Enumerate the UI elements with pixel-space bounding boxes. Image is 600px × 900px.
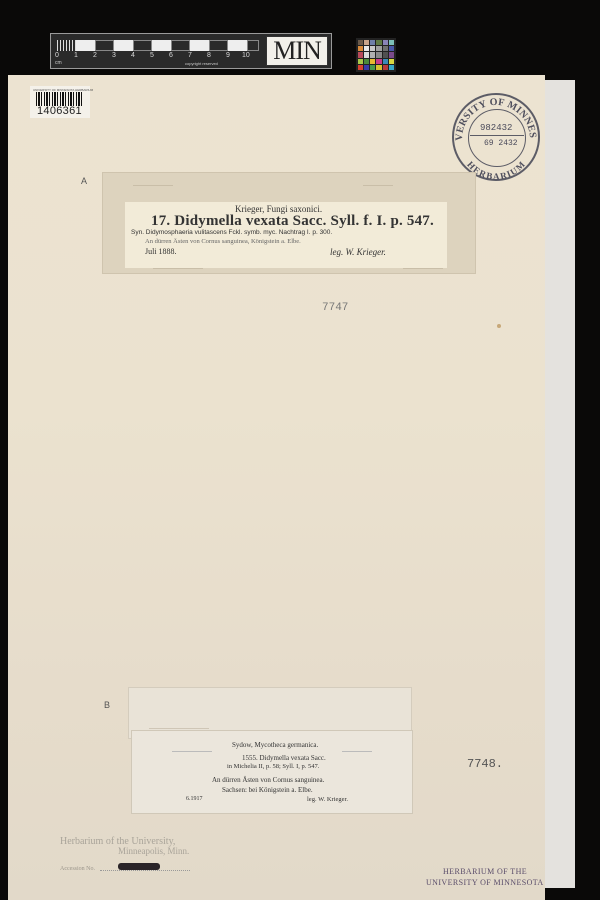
ruler-caption: copyright reserved xyxy=(185,61,218,66)
label-collector: leg. W. Krieger. xyxy=(307,796,348,803)
color-swatch xyxy=(370,46,375,51)
color-swatch xyxy=(376,65,381,70)
color-swatch xyxy=(389,40,394,45)
color-swatch xyxy=(383,40,388,45)
handwritten-number: 7747 xyxy=(322,302,348,314)
color-swatch xyxy=(389,46,394,51)
color-swatch xyxy=(383,46,388,51)
herbarium-imprint-city: Minneapolis, Minn. xyxy=(118,846,189,856)
ruler-segment xyxy=(228,40,247,51)
color-swatch xyxy=(364,59,369,64)
ruler-segment xyxy=(95,40,114,51)
color-swatch xyxy=(358,40,363,45)
color-swatch xyxy=(364,52,369,57)
ruler-tick: 5 xyxy=(150,52,154,59)
color-swatch xyxy=(383,52,388,57)
ruler-unit: cm xyxy=(55,60,62,66)
stamp-inner-ring xyxy=(468,109,526,167)
ownership-stamp: HERBARIUM OF THE xyxy=(443,867,527,876)
ruler-segment xyxy=(247,40,259,51)
backing-sheet-edge xyxy=(543,80,575,888)
ruler-tick: 1 xyxy=(74,52,78,59)
ruler-tick: 10 xyxy=(242,52,250,59)
color-swatch xyxy=(383,65,388,70)
accession-line xyxy=(100,870,190,871)
barcode-number: 1406361 xyxy=(37,105,82,117)
packet-marker: A xyxy=(81,176,87,186)
color-swatch xyxy=(364,65,369,70)
color-swatch xyxy=(370,40,375,45)
ruler-mm-segment xyxy=(57,40,76,51)
color-swatch xyxy=(376,46,381,51)
label-habitat: An dürren Ästen von Cornus sanguinea. xyxy=(212,776,324,784)
ruler-tick: 0 xyxy=(55,52,59,59)
stamp-divider xyxy=(470,135,524,136)
ruler-tick: 6 xyxy=(169,52,173,59)
barcode-icon xyxy=(36,92,84,106)
label-species: 17. Didymella vexata Sacc. Syll. f. I. p… xyxy=(151,214,434,229)
ruler-segment xyxy=(76,40,95,51)
color-calibration-chart xyxy=(356,38,396,72)
label-collection: Sydow, Mycotheca germanica. xyxy=(232,741,318,749)
label-species: 1555. Didymella vexata Sacc. xyxy=(242,754,326,762)
ruler-segment xyxy=(171,40,190,51)
color-swatch xyxy=(376,59,381,64)
ruler-tick: 9 xyxy=(226,52,230,59)
ruler-tick: 8 xyxy=(207,52,211,59)
barcode-label: UNIVERSITY OF MINNESOTA HERBARIUM 140636… xyxy=(30,86,90,118)
color-swatch xyxy=(389,65,394,70)
color-swatch xyxy=(370,65,375,70)
color-swatch xyxy=(364,40,369,45)
ruler-tick: 7 xyxy=(188,52,192,59)
scale-bar: 0 1 2 3 4 5 6 7 8 9 10 cm copyright rese… xyxy=(50,33,332,69)
color-swatch xyxy=(383,59,388,64)
ruler-segment xyxy=(152,40,171,51)
stamp-number: 69 2432 xyxy=(484,139,518,148)
ownership-stamp: UNIVERSITY OF MINNESOTA xyxy=(426,878,544,887)
ruler-segment xyxy=(133,40,152,51)
min-logo: MIN xyxy=(266,36,328,66)
ruler-segment xyxy=(114,40,133,51)
color-swatch xyxy=(370,52,375,57)
stain-spot xyxy=(497,324,501,328)
color-swatch xyxy=(389,52,394,57)
packet-marker: B xyxy=(104,700,110,710)
ruler-segment xyxy=(190,40,209,51)
color-swatch xyxy=(358,65,363,70)
color-swatch xyxy=(358,59,363,64)
label-synonym: Syn. Didymosphaeria vulitascens Fckl. sy… xyxy=(131,230,332,237)
label-collector: leg. W. Krieger. xyxy=(330,248,386,257)
label-date: 6.1917 xyxy=(186,796,203,802)
handwritten-number: 7748. xyxy=(467,757,503,771)
herbarium-stamp: UNIVERSITY OF MINNESOTA HERBARIUM 982432… xyxy=(452,93,540,181)
ruler-tick: 3 xyxy=(112,52,116,59)
color-swatch xyxy=(370,59,375,64)
label-reference: in Michelia II, p. 58; Syll. I, p. 547. xyxy=(227,763,319,770)
color-swatch xyxy=(389,59,394,64)
color-swatch xyxy=(358,52,363,57)
color-swatch xyxy=(376,40,381,45)
ruler-tick: 2 xyxy=(93,52,97,59)
color-swatch xyxy=(376,52,381,57)
accession-number-redacted xyxy=(118,863,160,870)
color-swatch xyxy=(364,46,369,51)
specimen-label: Sydow, Mycotheca germanica. 1555. Didyme… xyxy=(131,730,413,814)
ruler: 0 1 2 3 4 5 6 7 8 9 10 cm copyright rese… xyxy=(55,37,263,65)
color-swatch xyxy=(358,46,363,51)
label-date: Juli 1888. xyxy=(145,248,177,256)
label-habitat: An dürren Ästen von Cornus sanguinea, Kö… xyxy=(145,239,301,246)
ruler-segment xyxy=(209,40,228,51)
accession-label: Accession No. xyxy=(60,866,95,872)
ruler-tick: 4 xyxy=(131,52,135,59)
label-locality: Sachsen: bei Königstein a. Elbe. xyxy=(222,786,313,794)
stamp-number: 982432 xyxy=(480,123,512,133)
specimen-label: Krieger, Fungi saxonici. 17. Didymella v… xyxy=(125,202,447,268)
